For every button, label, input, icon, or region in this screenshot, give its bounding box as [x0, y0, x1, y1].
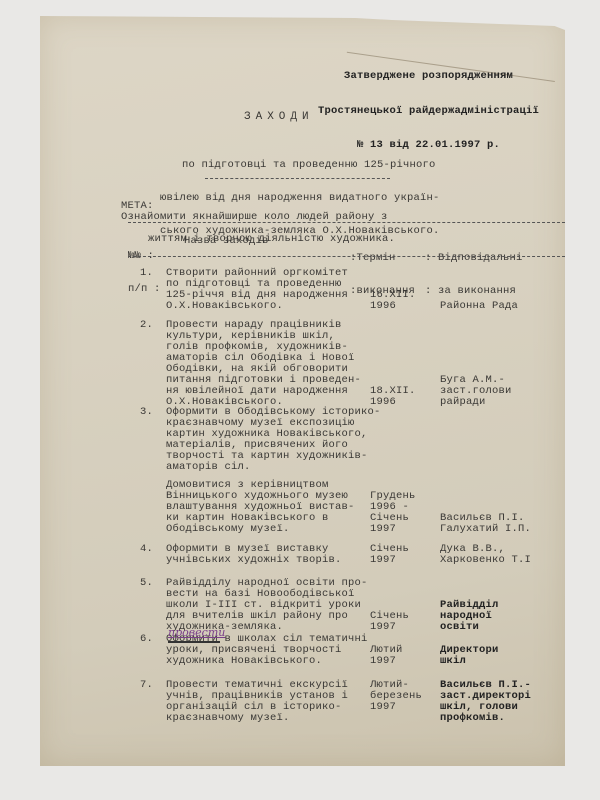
row-term-line: 1997: [370, 656, 396, 667]
row-text-line: О.Х.Новаківського.: [166, 301, 283, 312]
row-responsible-line: Районна Рада: [440, 301, 518, 312]
row-responsible-line: освіти: [440, 622, 479, 633]
row-responsible-line: райради: [440, 397, 486, 408]
approval-line: Затверджене розпорядженням: [318, 71, 539, 83]
row-responsible-line: профкомів.: [440, 713, 505, 724]
row-term-line: 1997: [370, 702, 396, 713]
table-top-rule: [128, 222, 565, 223]
strikethrough-mark: [168, 641, 220, 643]
row-responsible-line: шкіл: [440, 656, 466, 667]
row-text-line: аматорів сіл.: [166, 462, 251, 473]
row-number: 4.: [140, 544, 153, 555]
row-number: 7.: [140, 680, 153, 691]
row-text-line: учнівських художніх творів.: [166, 555, 342, 566]
document-title: ЗАХОДИ: [244, 112, 314, 123]
row-number: 1.: [140, 268, 153, 279]
row-number: 5.: [140, 578, 153, 589]
row-number: 6.: [140, 634, 153, 645]
row-term-line: 1996: [370, 301, 396, 312]
row-term-line: 1997: [370, 555, 396, 566]
row-term-line: 1997: [370, 622, 396, 633]
row-number: 2.: [140, 320, 153, 331]
row-number: 3.: [140, 407, 153, 418]
header-responsible-line: : Відповідальні: [425, 253, 523, 264]
handwritten-correction: провести: [168, 626, 225, 639]
header-name: Назва заходів: [184, 236, 269, 247]
row-text-line: художника Новаківського.: [166, 656, 322, 667]
header-responsible: : Відповідальні : за виконання: [425, 231, 523, 308]
title-underline: [205, 178, 390, 179]
header-number-line: п/п :: [128, 284, 161, 295]
row-term-line: 1997: [370, 524, 396, 535]
table-header-rule: [128, 256, 565, 257]
approval-line: Тростянецької райдержадміністрації: [318, 106, 539, 118]
subtitle-line: по підготовці та проведенню 125-річного: [160, 160, 440, 171]
header-term-line: :Термін: [350, 253, 415, 264]
row-responsible-line: Галухатий І.П.: [440, 524, 531, 535]
row-text-line: краєзнавчому музеї.: [166, 713, 290, 724]
row-responsible-line: Харковенко Т.І: [440, 555, 531, 566]
header-responsible-line: : за виконання: [425, 286, 523, 297]
row-text-line: Ободівському музеї.: [166, 524, 290, 535]
